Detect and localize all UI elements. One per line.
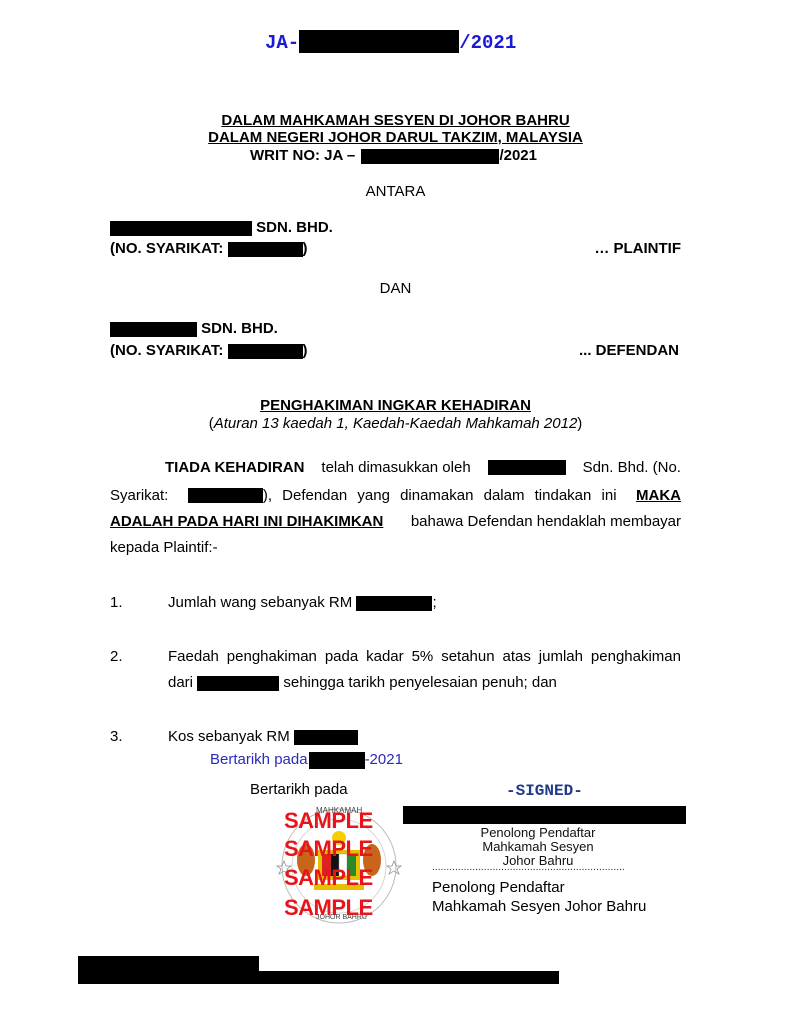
item-3: Kos sebanyak RM — [168, 728, 358, 745]
case-ref-prefix: JA- — [265, 32, 299, 54]
rule-close: ) — [577, 415, 582, 432]
redacted-signature — [403, 806, 686, 824]
item-2-number: 2. — [110, 648, 123, 665]
redacted-plaintiff-name — [110, 221, 252, 236]
redacted-amount — [356, 596, 432, 611]
judgment-title: PENGHAKIMAN INGKAR KEHADIRAN — [0, 397, 791, 414]
redacted-defendant-name — [110, 322, 197, 337]
item-2-dari: dari — [168, 674, 193, 691]
plaintiff-reg-prefix: (NO. SYARIKAT: — [110, 240, 223, 257]
plaintiff-role: … PLAINTIF — [594, 240, 681, 257]
body-line-3: ADALAH PADA HARI INI DIHAKIMKAN bahawa D… — [110, 513, 681, 530]
defendant-reg: (NO. SYARIKAT: ) — [110, 342, 308, 359]
body-line-1: TIADA KEHADIRAN telah dimasukkan oleh Sd… — [165, 459, 681, 476]
redacted-cost — [294, 730, 358, 745]
writ-prefix: WRIT NO: JA – — [250, 147, 355, 164]
dated-black: Bertarikh pada — [250, 781, 348, 798]
dated-blue: Bertarikh pada-2021 — [210, 751, 403, 769]
tiada-kehadiran: TIADA KEHADIRAN — [165, 459, 304, 476]
redacted-date — [309, 752, 365, 769]
redacted-plaintiff-reg — [228, 242, 303, 257]
body-l1-text: telah dimasukkan oleh — [321, 459, 470, 476]
dan-label: DAN — [0, 280, 791, 297]
plaintiff-reg-suffix: ) — [303, 240, 308, 257]
defendant-name: SDN. BHD. — [110, 320, 278, 337]
item-2-end: sehingga tarikh penyelesaian penuh; dan — [283, 674, 557, 691]
sig-large-line-2: Mahkamah Sesyen Johor Bahru — [432, 897, 646, 916]
plaintiff-name-suffix: SDN. BHD. — [256, 219, 333, 236]
dihakimkan: ADALAH PADA HARI INI DIHAKIMKAN — [110, 513, 383, 530]
body-l1-end: Sdn. Bhd. (No. — [583, 459, 681, 476]
redacted-defendant-reg-body — [188, 488, 263, 503]
body-l2-start: Syarikat: — [110, 487, 168, 504]
signature-large-title: Penolong Pendaftar Mahkamah Sesyen Johor… — [432, 878, 646, 916]
antara-label: ANTARA — [0, 183, 791, 200]
sample-watermark: SAMPLE — [284, 808, 373, 834]
item-1-text: Jumlah wang sebanyak RM — [168, 594, 352, 611]
court-state: DALAM NEGERI JOHOR DARUL TAKZIM, MALAYSI… — [0, 129, 791, 146]
item-2-line-2: dari sehingga tarikh penyelesaian penuh;… — [168, 674, 557, 691]
sig-small-line-1: Penolong Pendaftar — [428, 826, 648, 840]
defendant-name-suffix: SDN. BHD. — [201, 320, 278, 337]
dated-blue-suffix: -2021 — [365, 751, 403, 768]
signature-dotted-line: ........................................… — [432, 862, 625, 873]
redacted-defendant-reg — [228, 344, 303, 359]
item-1-end: ; — [432, 594, 436, 611]
body-line-2: Syarikat: ), Defendan yang dinamakan dal… — [110, 487, 681, 504]
defendant-reg-prefix: (NO. SYARIKAT: — [110, 342, 223, 359]
signed-label: -SIGNED- — [506, 782, 583, 800]
court-name: DALAM MAHKAMAH SESYEN DI JOHOR BAHRU — [0, 112, 791, 129]
dated-blue-label: Bertarikh pada — [210, 751, 308, 768]
body-line-4: kepada Plaintif:- — [110, 539, 218, 556]
redacted-footer-bar — [78, 971, 559, 984]
item-3-text: Kos sebanyak RM — [168, 728, 290, 745]
rule-text: Aturan 13 kaedah 1, Kaedah-Kaedah Mahkam… — [214, 415, 578, 432]
item-1: Jumlah wang sebanyak RM ; — [168, 594, 437, 611]
defendant-reg-suffix: ) — [303, 342, 308, 359]
body-l2-text: ), Defendan yang dinamakan dalam tindaka… — [263, 487, 617, 504]
item-2-line-1: Faedah penghakiman pada kadar 5% setahun… — [168, 648, 681, 665]
sig-large-line-1: Penolong Pendaftar — [432, 878, 646, 897]
plaintiff-name: SDN. BHD. — [110, 219, 333, 236]
writ-suffix: /2021 — [499, 147, 537, 164]
redacted-writ-number — [361, 149, 499, 164]
redacted-date-from — [197, 676, 279, 691]
case-ref-suffix: /2021 — [459, 32, 516, 54]
sample-watermark: SAMPLE — [284, 895, 373, 921]
judgment-rule: (Aturan 13 kaedah 1, Kaedah-Kaedah Mahka… — [0, 415, 791, 432]
redacted-case-number — [299, 30, 459, 53]
plaintiff-reg: (NO. SYARIKAT: ) — [110, 240, 308, 257]
redacted-defendant-name-body — [488, 460, 566, 475]
sig-small-line-2: Mahkamah Sesyen — [428, 840, 648, 854]
item-1-number: 1. — [110, 594, 123, 611]
body-l3-text: bahawa Defendan hendaklah membayar — [411, 513, 681, 530]
court-stamp: MAHKAMAH JOHOR BAHRU SAMPLE SAMPLE SAMPL… — [276, 806, 402, 926]
maka: MAKA — [636, 487, 681, 504]
defendant-role: ... DEFENDAN — [579, 342, 679, 359]
writ-number: WRIT NO: JA – /2021 — [250, 147, 537, 164]
case-reference: JA-/2021 — [265, 30, 516, 54]
sample-watermark: SAMPLE — [284, 865, 373, 891]
sample-watermark: SAMPLE — [284, 836, 373, 862]
item-3-number: 3. — [110, 728, 123, 745]
